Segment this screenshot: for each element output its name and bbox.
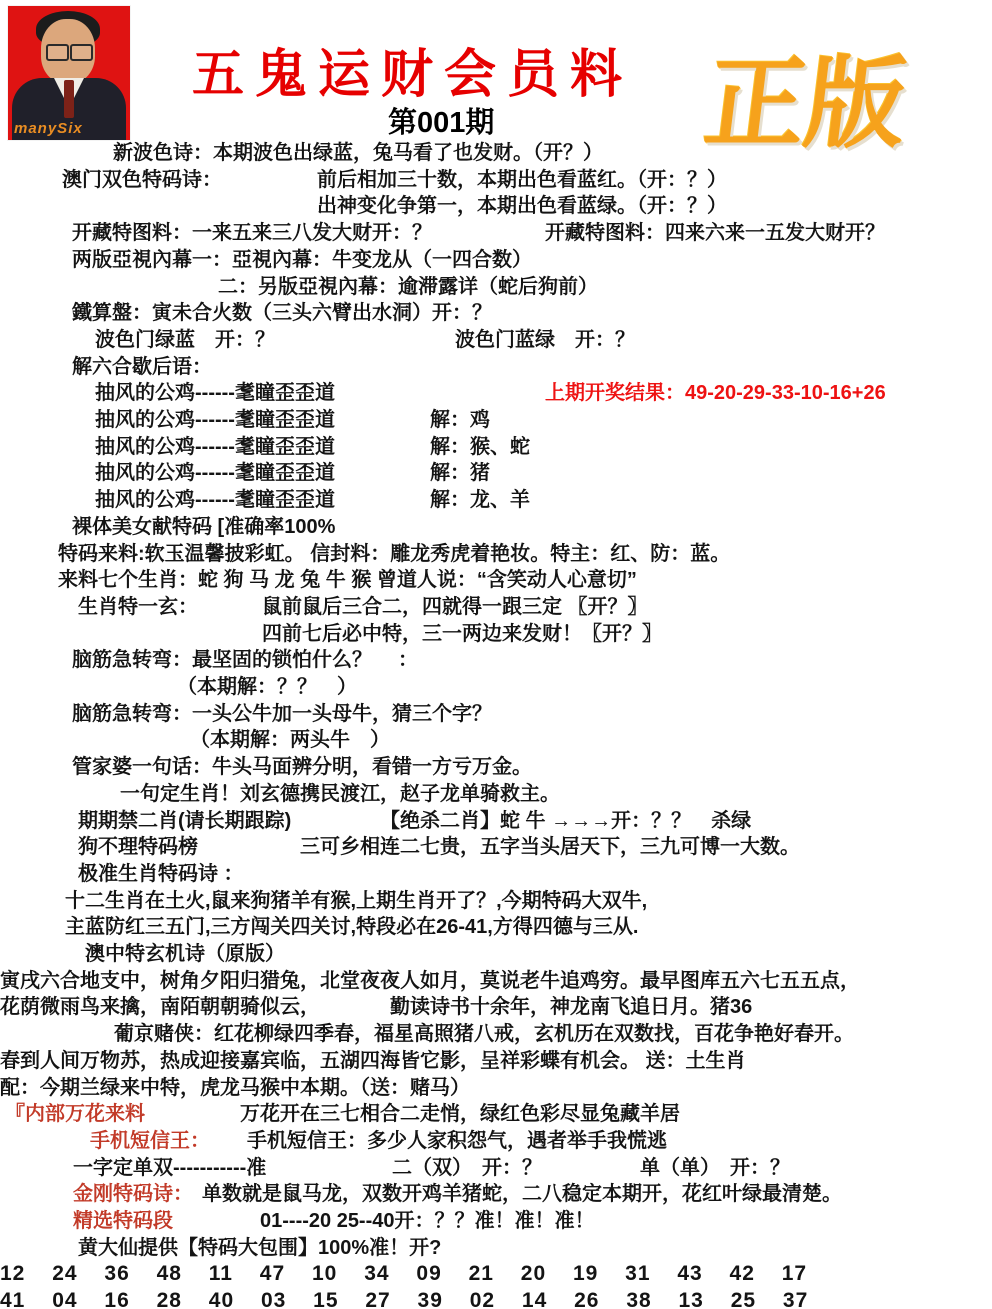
- text-segment: 波色门绿蓝 开：？: [95, 327, 275, 353]
- text-segment: 生肖特一玄：: [78, 594, 198, 620]
- text-line: 二：另版亞視內幕：逾滞露详（蛇后狗前）: [0, 274, 992, 301]
- text-segment: 解：猴、蛇: [430, 434, 530, 460]
- text-line: 精选特码段01----20 25--40开：？？准！准！准！: [0, 1208, 992, 1235]
- text-segment: 抽风的公鸡------耄瞳歪歪道: [95, 487, 335, 513]
- text-line: 波色门绿蓝 开：？波色门蓝绿 开：？: [0, 327, 992, 354]
- text-line: 四前七后必中特，三一两边来发财！〖开？〗: [0, 621, 992, 648]
- text-line: 十二生肖在土火,鼠来狗猪羊有猴,上期生肖开了？,今期特码大双牛,: [0, 888, 992, 915]
- text-segment: 开藏特图料：四来六来一五发大财开？: [545, 220, 885, 246]
- text-segment: 单数就是鼠马龙，双数开鸡羊猪蛇，二八稳定本期开，花红叶绿最清楚。: [202, 1181, 842, 1207]
- text-line: （本期解：两头牛 ）: [0, 727, 992, 754]
- text-segment: 前后相加三十数，本期出色看蓝红。（开：？）: [317, 167, 727, 193]
- text-segment: 精选特码段: [73, 1208, 173, 1234]
- portrait-tie: [64, 80, 74, 118]
- text-segment: 二（双） 开：？: [392, 1155, 542, 1181]
- text-line: 主蓝防红三五门,三方闯关四关讨,特段必在26-41,方得四德与三从.: [0, 914, 992, 941]
- lottery-tip-sheet: manySix 五鬼运财会员料 第001期 正版 新波色诗：本期波色出绿蓝，兔马…: [0, 0, 992, 1309]
- text-segment: 鼠前鼠后三合二，四就得一跟三定 〖开？〗: [262, 594, 648, 620]
- text-line: 抽风的公鸡------耄瞳歪歪道解：猪: [0, 460, 992, 487]
- text-line: 生肖特一玄：鼠前鼠后三合二，四就得一跟三定 〖开？〗: [0, 594, 992, 621]
- text-line: 开藏特图料：一来五来三八发大财开：？开藏特图料：四来六来一五发大财开？: [0, 220, 992, 247]
- text-segment: 澳门双色特码诗：: [62, 167, 222, 193]
- text-line: 41 04 16 28 40 03 15 27 39 02 14 26 38 1…: [0, 1288, 992, 1309]
- text-segment: 手机短信王：: [90, 1128, 210, 1154]
- text-segment: 花荫微雨鸟来擒，南陌朝朝骑似云，: [0, 994, 320, 1020]
- text-line: 澳中特玄机诗（原版）: [0, 941, 992, 968]
- text-segment: 01----20 25--40开：？？准！准！准！: [260, 1208, 595, 1234]
- text-line: 金刚特码诗：单数就是鼠马龙，双数开鸡羊猪蛇，二八稳定本期开，花红叶绿最清楚。: [0, 1181, 992, 1208]
- text-segment: 期期禁二肖(请长期跟踪): [78, 808, 291, 834]
- text-segment: 41 04 16 28 40 03 15 27 39 02 14 26 38 1…: [0, 1288, 808, 1309]
- text-segment: 万花开在三七相合二走悄，绿红色彩尽显兔藏羊居: [240, 1101, 680, 1127]
- last-draw-result: 上期开奖结果：49-20-29-33-10-16+26: [545, 380, 886, 406]
- text-segment: 12 24 36 48 11 47 10 34 09 21 20 19 31 4…: [0, 1261, 807, 1287]
- text-line: 春到人间万物苏，热成迎接嘉宾临，五湖四海皆它影，呈祥彩蝶有机会。 送：土生肖: [0, 1048, 992, 1075]
- text-line: 新波色诗：本期波色出绿蓝，兔马看了也发财。（开？）: [0, 140, 992, 167]
- text-segment: ：: [398, 647, 418, 673]
- text-segment: 抽风的公鸡------耄瞳歪歪道: [95, 434, 335, 460]
- text-line: 来料七个生肖：蛇 狗 马 龙 兔 牛 猴 曾道人说：“含笑动人心意切”: [0, 567, 992, 594]
- text-segment: 【绝杀二肖】蛇 牛 →→→开：？？ 杀绿: [380, 808, 751, 834]
- text-segment: 管家婆一句话：牛头马面辨分明，看错一方亏万金。: [72, 754, 532, 780]
- text-segment: 手机短信王：多少人家积怨气，遇者举手我慌逃: [247, 1128, 667, 1154]
- text-segment: 解：鸡: [430, 407, 490, 433]
- text-segment: 四前七后必中特，三一两边来发财！〖开？〗: [262, 621, 662, 647]
- text-line: 解六合歇后语：: [0, 354, 992, 381]
- text-line: 脑筋急转弯：最坚固的锁怕什么？：: [0, 647, 992, 674]
- text-line: 寅戌六合地支中，树角夕阳归猎兔，北堂夜夜人如月，莫说老牛追鸡穷。最早图库五六七五…: [0, 968, 992, 995]
- text-line: 裸体美女献特码 [准确率100%: [0, 514, 992, 541]
- text-line: 特码来料:软玉温馨披彩虹。 信封料：雕龙秀虎着艳妆。特主：红、防：蓝。: [0, 541, 992, 568]
- text-segment: 两版亞視內幕一：亞視內幕：牛变龙从（一四合数）: [72, 247, 532, 273]
- text-line: 一句定生肖！刘玄德携民渡江，赵子龙单骑救主。: [0, 781, 992, 808]
- text-segment: （本期解：两头牛 ）: [190, 727, 390, 753]
- text-segment: 二：另版亞視內幕：逾滞露详（蛇后狗前）: [218, 274, 598, 300]
- text-line: 手机短信王：手机短信王：多少人家积怨气，遇者举手我慌逃: [0, 1128, 992, 1155]
- text-line: 出神变化争第一，本期出色看蓝绿。（开：？）: [0, 193, 992, 220]
- text-line: 鐵算盤：寅未合火数（三头六臂出水洞）开：？: [0, 300, 992, 327]
- text-segment: 鐵算盤：寅未合火数（三头六臂出水洞）开：？: [72, 300, 492, 326]
- text-line: 葡京赌侠：红花柳绿四季春，福星高照猪八戒，玄机历在双数找，百花争艳好春开。: [0, 1021, 992, 1048]
- issue-number: 第001期: [388, 100, 494, 141]
- text-line: 抽风的公鸡------耄瞳歪歪道解：鸡: [0, 407, 992, 434]
- text-segment: 解：猪: [430, 460, 490, 486]
- text-segment: 解六合歇后语：: [72, 354, 212, 380]
- glasses-icon: [70, 44, 93, 61]
- text-line: 极准生肖特码诗 ：: [0, 861, 992, 888]
- text-segment: 新波色诗：本期波色出绿蓝，兔马看了也发财。（开？）: [113, 140, 603, 166]
- text-segment: 单（单） 开：？: [640, 1155, 790, 1181]
- text-line: 配：今期兰绿来中特，虎龙马猴中本期。（送：赌马）: [0, 1075, 992, 1102]
- text-segment: 狗不理特码榜: [78, 834, 198, 860]
- text-line: 花荫微雨鸟来擒，南陌朝朝骑似云，勤读诗书十余年，神龙南飞追日月。猪36: [0, 994, 992, 1021]
- text-segment: 抽风的公鸡------耄瞳歪歪道: [95, 380, 335, 406]
- text-segment: 抽风的公鸡------耄瞳歪歪道: [95, 460, 335, 486]
- text-line: 一字定单双-----------准二（双） 开：？单（单） 开：？: [0, 1155, 992, 1182]
- text-segment: 抽风的公鸡------耄瞳歪歪道: [95, 407, 335, 433]
- text-segment: 特码来料:软玉温馨披彩虹。 信封料：雕龙秀虎着艳妆。特主：红、防：蓝。: [58, 541, 730, 567]
- text-segment: 金刚特码诗：: [73, 1181, 193, 1207]
- text-segment: 三可乡相连二七贵，五字当头居天下，三九可博一大数。: [300, 834, 800, 860]
- text-segment: 出神变化争第一，本期出色看蓝绿。（开：？）: [317, 193, 727, 219]
- text-segment: 裸体美女献特码 [准确率100%: [72, 514, 335, 540]
- text-line: 12 24 36 48 11 47 10 34 09 21 20 19 31 4…: [0, 1261, 992, 1288]
- text-line: （本期解：？？ ）: [0, 674, 992, 701]
- text-segment: 波色门蓝绿 开：？: [455, 327, 635, 353]
- text-segment: 澳中特玄机诗（原版）: [85, 941, 285, 967]
- text-line: 『内部万花来料万花开在三七相合二走悄，绿红色彩尽显兔藏羊居: [0, 1101, 992, 1128]
- portrait-photo: manySix: [8, 6, 130, 140]
- text-segment: 解：龙、羊: [430, 487, 530, 513]
- text-segment: 脑筋急转弯：一头公牛加一头母牛，猜三个字？: [72, 701, 492, 727]
- text-segment: 黄大仙提供【特码大包围】100%准！开?: [78, 1235, 441, 1261]
- text-segment: 一句定生肖！刘玄德携民渡江，赵子龙单骑救主。: [120, 781, 560, 807]
- text-segment: 开藏特图料：一来五来三八发大财开：？: [72, 220, 432, 246]
- text-line: 抽风的公鸡------耄瞳歪歪道解：猴、蛇: [0, 434, 992, 461]
- text-line: 两版亞視內幕一：亞視內幕：牛变龙从（一四合数）: [0, 247, 992, 274]
- text-segment: 『内部万花来料: [5, 1101, 145, 1127]
- text-segment: 葡京赌侠：红花柳绿四季春，福星高照猪八戒，玄机历在双数找，百花争艳好春开。: [114, 1021, 854, 1047]
- text-segment: 配：今期兰绿来中特，虎龙马猴中本期。（送：赌马）: [0, 1075, 470, 1101]
- text-segment: 寅戌六合地支中，树角夕阳归猎兔，北堂夜夜人如月，莫说老牛追鸡穷。最早图库五六七五…: [0, 968, 860, 994]
- text-line: 脑筋急转弯：一头公牛加一头母牛，猜三个字？: [0, 701, 992, 728]
- text-segment: 十二生肖在土火,鼠来狗猪羊有猴,上期生肖开了？,今期特码大双牛,: [65, 888, 647, 914]
- page-title: 五鬼运财会员料: [192, 48, 633, 102]
- text-segment: （本期解：？？ ）: [177, 674, 357, 700]
- text-line: 期期禁二肖(请长期跟踪)【绝杀二肖】蛇 牛 →→→开：？？ 杀绿: [0, 808, 992, 835]
- text-segment: 一字定单双-----------准: [73, 1155, 266, 1181]
- text-line: 抽风的公鸡------耄瞳歪歪道上期开奖结果：49-20-29-33-10-16…: [0, 380, 992, 407]
- text-line: 管家婆一句话：牛头马面辨分明，看错一方亏万金。: [0, 754, 992, 781]
- text-segment: 勤读诗书十余年，神龙南飞追日月。猪36: [390, 994, 752, 1020]
- text-segment: 来料七个生肖：蛇 狗 马 龙 兔 牛 猴 曾道人说：“含笑动人心意切”: [58, 567, 637, 593]
- text-segment: 极准生肖特码诗 ：: [78, 861, 244, 887]
- text-segment: 春到人间万物苏，热成迎接嘉宾临，五湖四海皆它影，呈祥彩蝶有机会。 送：土生肖: [0, 1048, 746, 1074]
- text-line: 抽风的公鸡------耄瞳歪歪道解：龙、羊: [0, 487, 992, 514]
- text-line: 黄大仙提供【特码大包围】100%准！开?: [0, 1235, 992, 1262]
- text-segment: 脑筋急转弯：最坚固的锁怕什么？: [72, 647, 372, 673]
- text-line: 狗不理特码榜三可乡相连二七贵，五字当头居天下，三九可博一大数。: [0, 834, 992, 861]
- glasses-icon: [46, 44, 69, 61]
- text-segment: 主蓝防红三五门,三方闯关四关讨,特段必在26-41,方得四德与三从.: [65, 914, 638, 940]
- text-line: 澳门双色特码诗：前后相加三十数，本期出色看蓝红。（开：？）: [0, 167, 992, 194]
- photo-watermark: manySix: [14, 120, 83, 137]
